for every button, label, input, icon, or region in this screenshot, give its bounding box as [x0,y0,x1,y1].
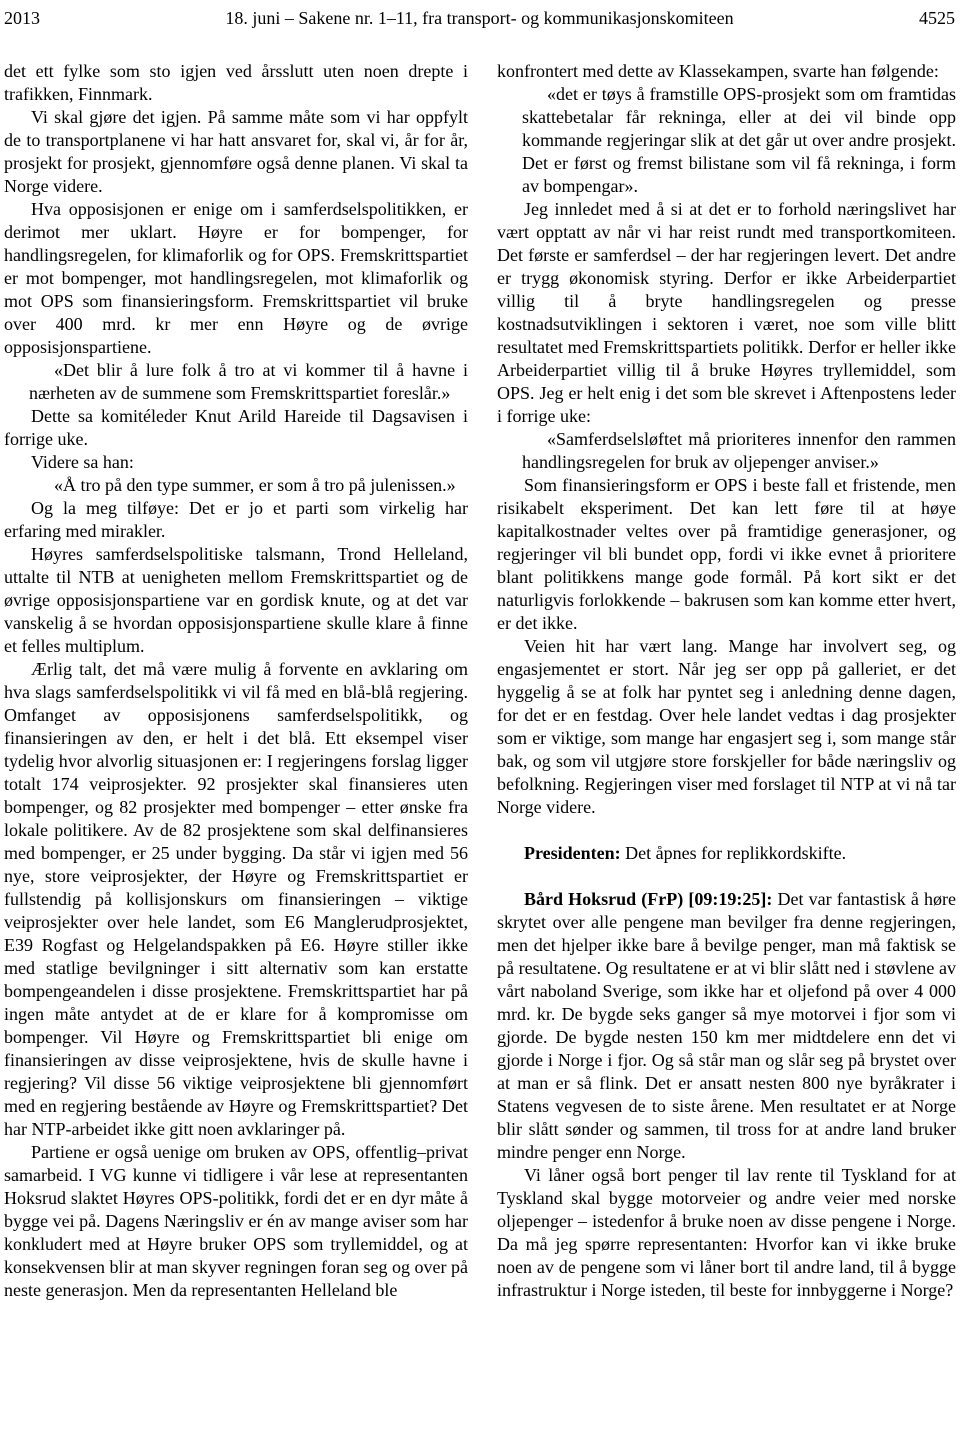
page-number: 4525 [919,6,955,30]
column-left: det ett fylke som sto igjen ved årsslutt… [4,60,468,1430]
paragraph: Som finansieringsform er OPS i beste fal… [497,474,956,635]
paragraph: Jeg innledet med å si at det er to forho… [497,198,956,428]
speech-paragraph: Presidenten: Det åpnes for replikkordski… [497,842,956,865]
running-title: 18. juni – Sakene nr. 1–11, fra transpor… [4,6,955,30]
block-quote: «det er tøys å framstille OPS-prosjekt s… [522,83,956,198]
paragraph: Og la meg tilføye: Det er jo et parti so… [4,497,468,543]
running-header: 2013 18. juni – Sakene nr. 1–11, fra tra… [4,6,955,30]
speech-paragraph: Bård Hoksrud (FrP) [09:19:25]: Det var f… [497,888,956,1164]
paragraph: Partiene er også uenige om bruken av OPS… [4,1141,468,1302]
speaker-name: Bård Hoksrud (FrP) [09:19:25]: [524,889,772,909]
paragraph: Ærlig talt, det må være mulig å forvente… [4,658,468,1141]
block-quote: «Å tro på den type summer, er som å tro … [29,474,468,497]
paragraph: konfrontert med dette av Klassekampen, s… [497,60,956,83]
paragraph: Hva opposisjonen er enige om i samferdse… [4,198,468,359]
paragraph: Vi skal gjøre det igjen. På samme måte s… [4,106,468,198]
block-quote: «Samferdselsløftet må prioriteres innenf… [522,428,956,474]
document-page: 2013 18. juni – Sakene nr. 1–11, fra tra… [0,0,960,1430]
paragraph: Høyres samferdselspolitiske talsmann, Tr… [4,543,468,658]
paragraph: Vi låner også bort penger til lav rente … [497,1164,956,1302]
paragraph: det ett fylke som sto igjen ved årsslutt… [4,60,468,106]
paragraph: Videre sa han: [4,451,468,474]
speaker-name: Presidenten: [524,843,621,863]
column-right: konfrontert med dette av Klassekampen, s… [497,60,956,1430]
paragraph: Veien hit har vært lang. Mange har invol… [497,635,956,819]
block-quote: «Det blir å lure folk å tro at vi kommer… [29,359,468,405]
paragraph: Dette sa komitéleder Knut Arild Hareide … [4,405,468,451]
